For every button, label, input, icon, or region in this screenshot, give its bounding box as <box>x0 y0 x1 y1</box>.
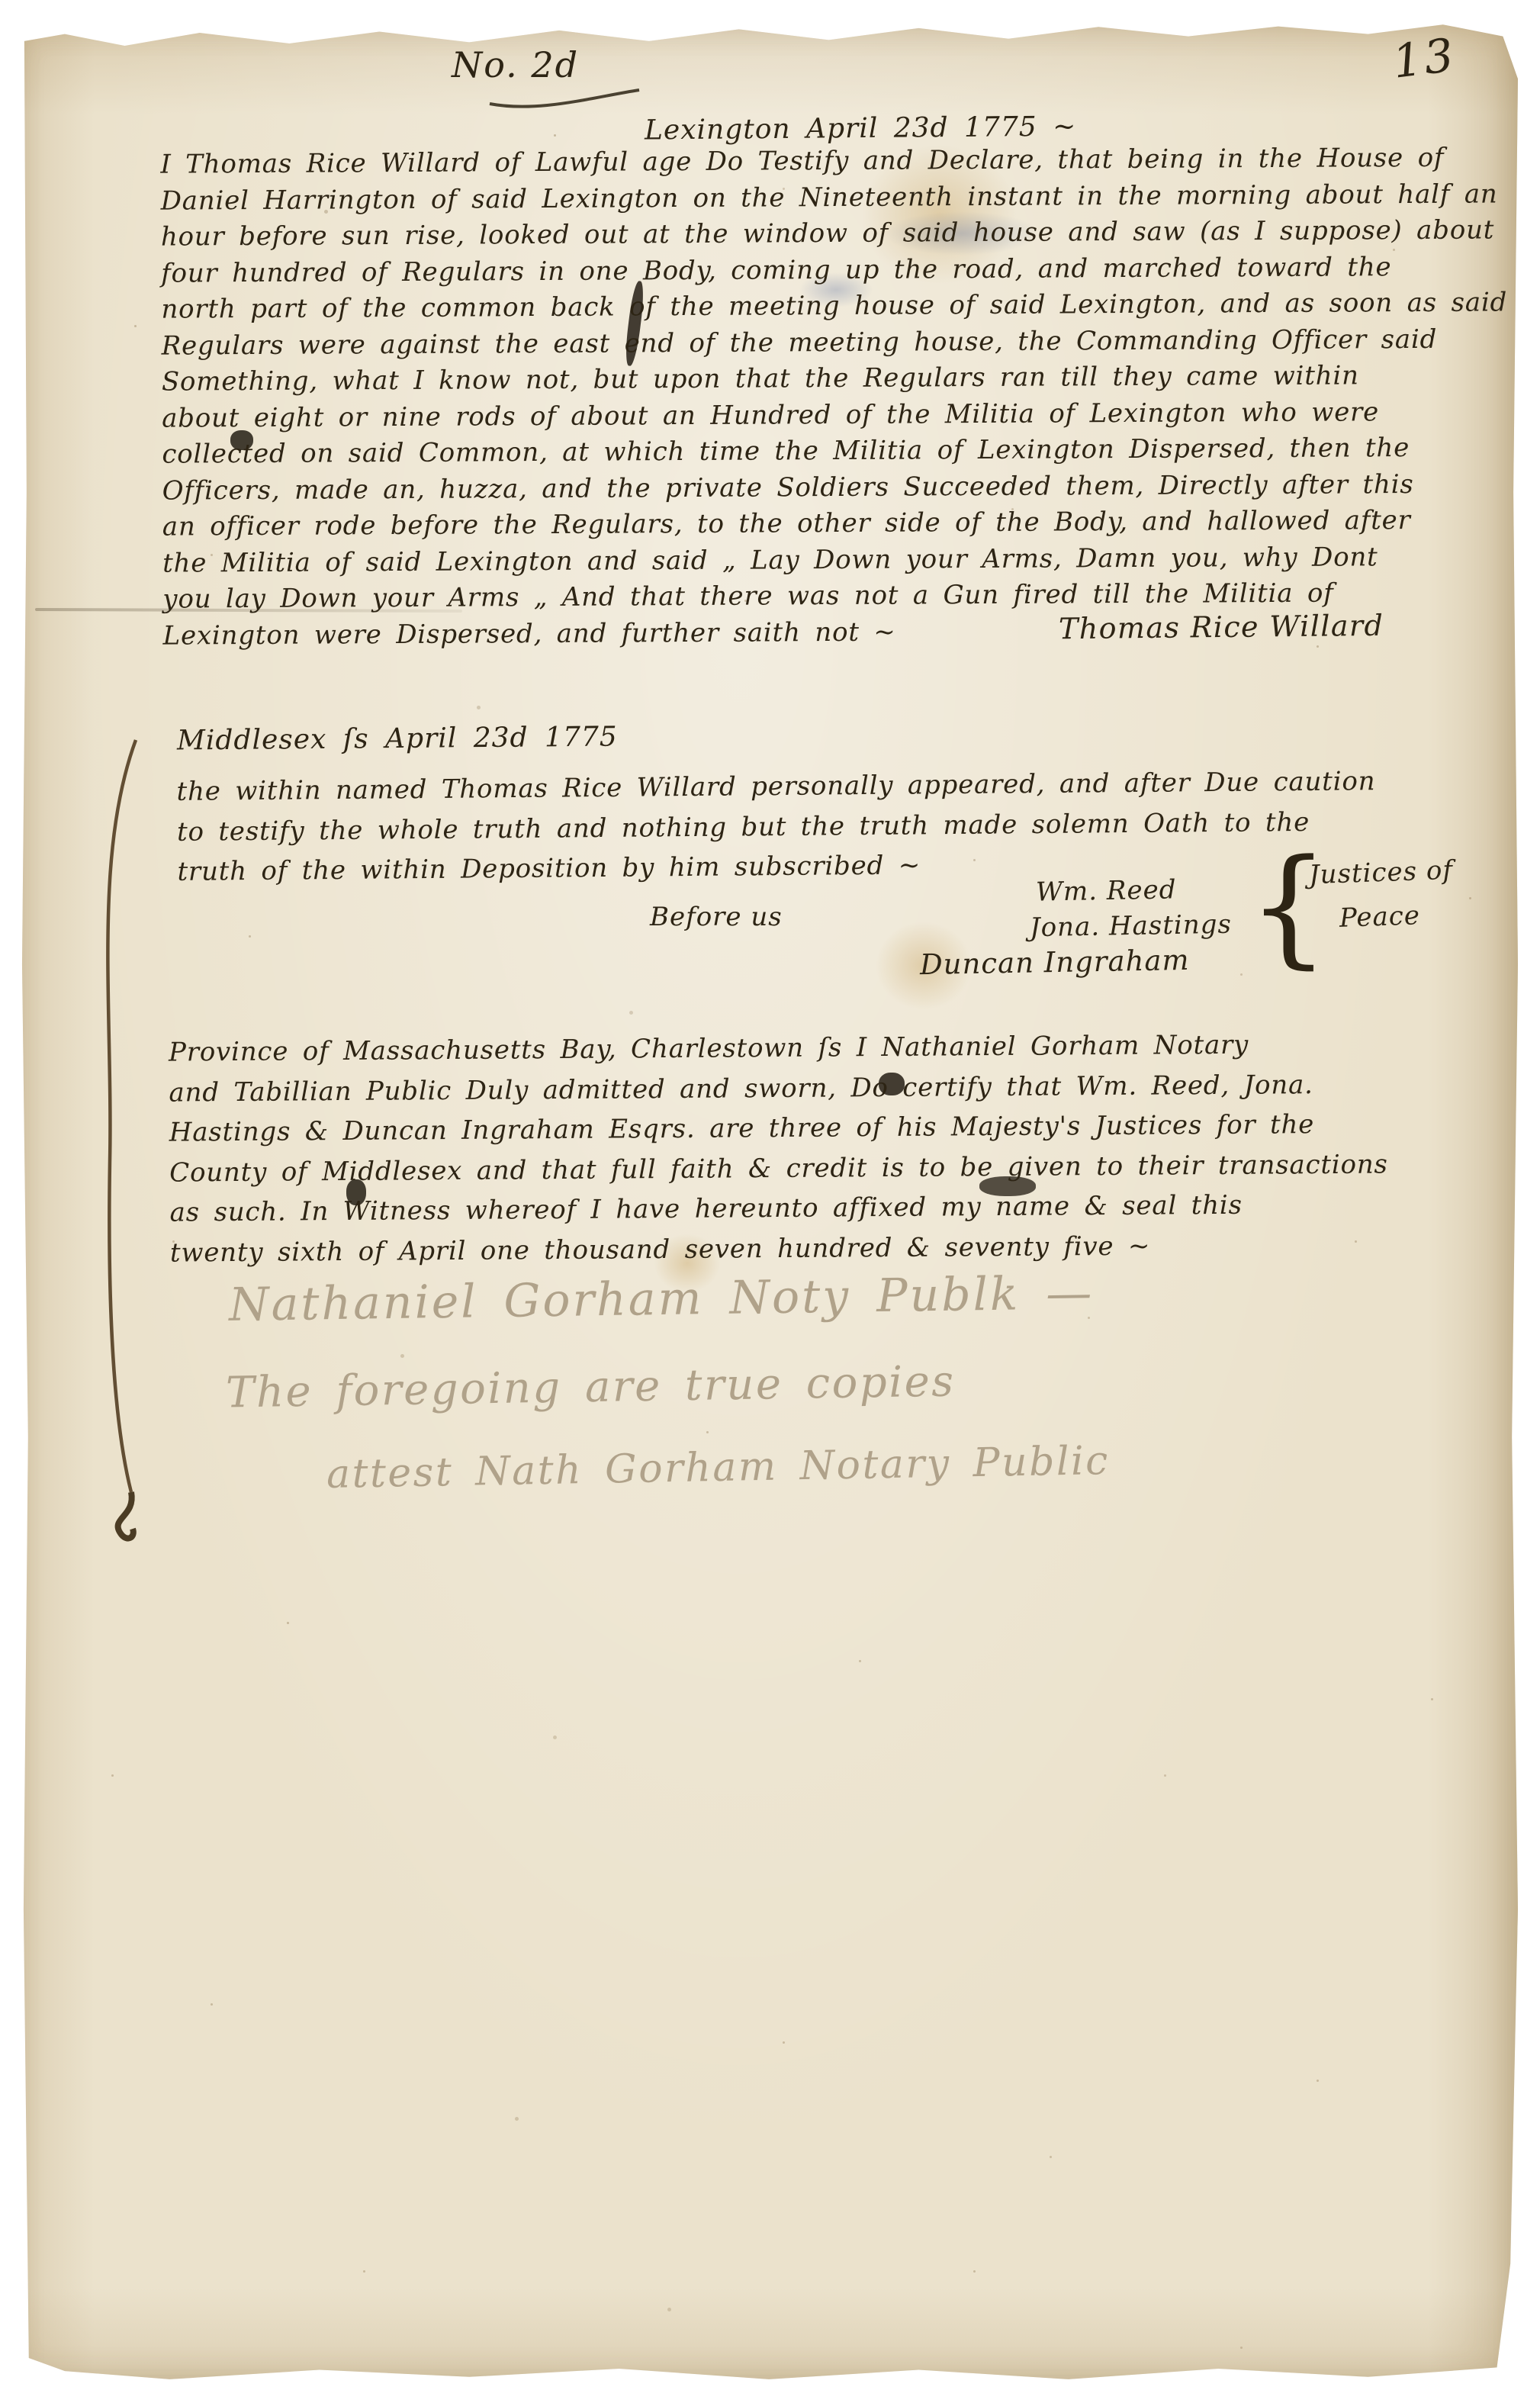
justices-title-line1: Justices of <box>1308 855 1453 891</box>
notary-certificate-body: Province of Massachusetts Bay, Charlesto… <box>169 1024 1389 1272</box>
page-number: 13 <box>1390 28 1458 89</box>
text-line: as such. In Witness whereof I have hereu… <box>169 1184 1388 1233</box>
document-number: No. 2d <box>452 44 579 85</box>
text-line: hour before sun rise, looked out at the … <box>161 212 1507 256</box>
justice-signature-hastings: Jona. Hastings <box>1030 909 1233 944</box>
justice-signature-ingraham: Duncan Ingraham <box>920 944 1190 981</box>
text-line: I Thomas Rice Willard of Lawful age Do T… <box>160 140 1506 183</box>
paper-specks <box>20 20 22 22</box>
text-line: an officer rode before the Regulars, to … <box>162 502 1509 545</box>
justices-title-line2: Peace <box>1339 900 1420 934</box>
deposition-dateline: Lexington April 23d 1775 ~ <box>645 111 1077 146</box>
jurat-heading: Middlesex ſs April 23d 1775 <box>177 721 618 756</box>
deponent-signature: Thomas Rice Willard <box>1059 609 1384 645</box>
text-line: twenty sixth of April one thousand seven… <box>170 1224 1389 1273</box>
before-us-label: Before us <box>650 902 783 932</box>
jurat-body: the within named Thomas Rice Willard per… <box>176 761 1376 892</box>
text-line: north part of the common back of the mee… <box>161 285 1507 328</box>
deposition-body: I Thomas Rice Willard of Lawful age Do T… <box>160 140 1509 654</box>
text-line: collected on said Common, at which time … <box>162 429 1508 473</box>
justice-signature-reed: Wm. Reed <box>1036 874 1177 907</box>
text-line: Something, what I know not, but upon tha… <box>162 357 1508 400</box>
scanned-document-page: No. 2d 13 Lexington April 23d 1775 ~ I T… <box>0 0 1540 2403</box>
